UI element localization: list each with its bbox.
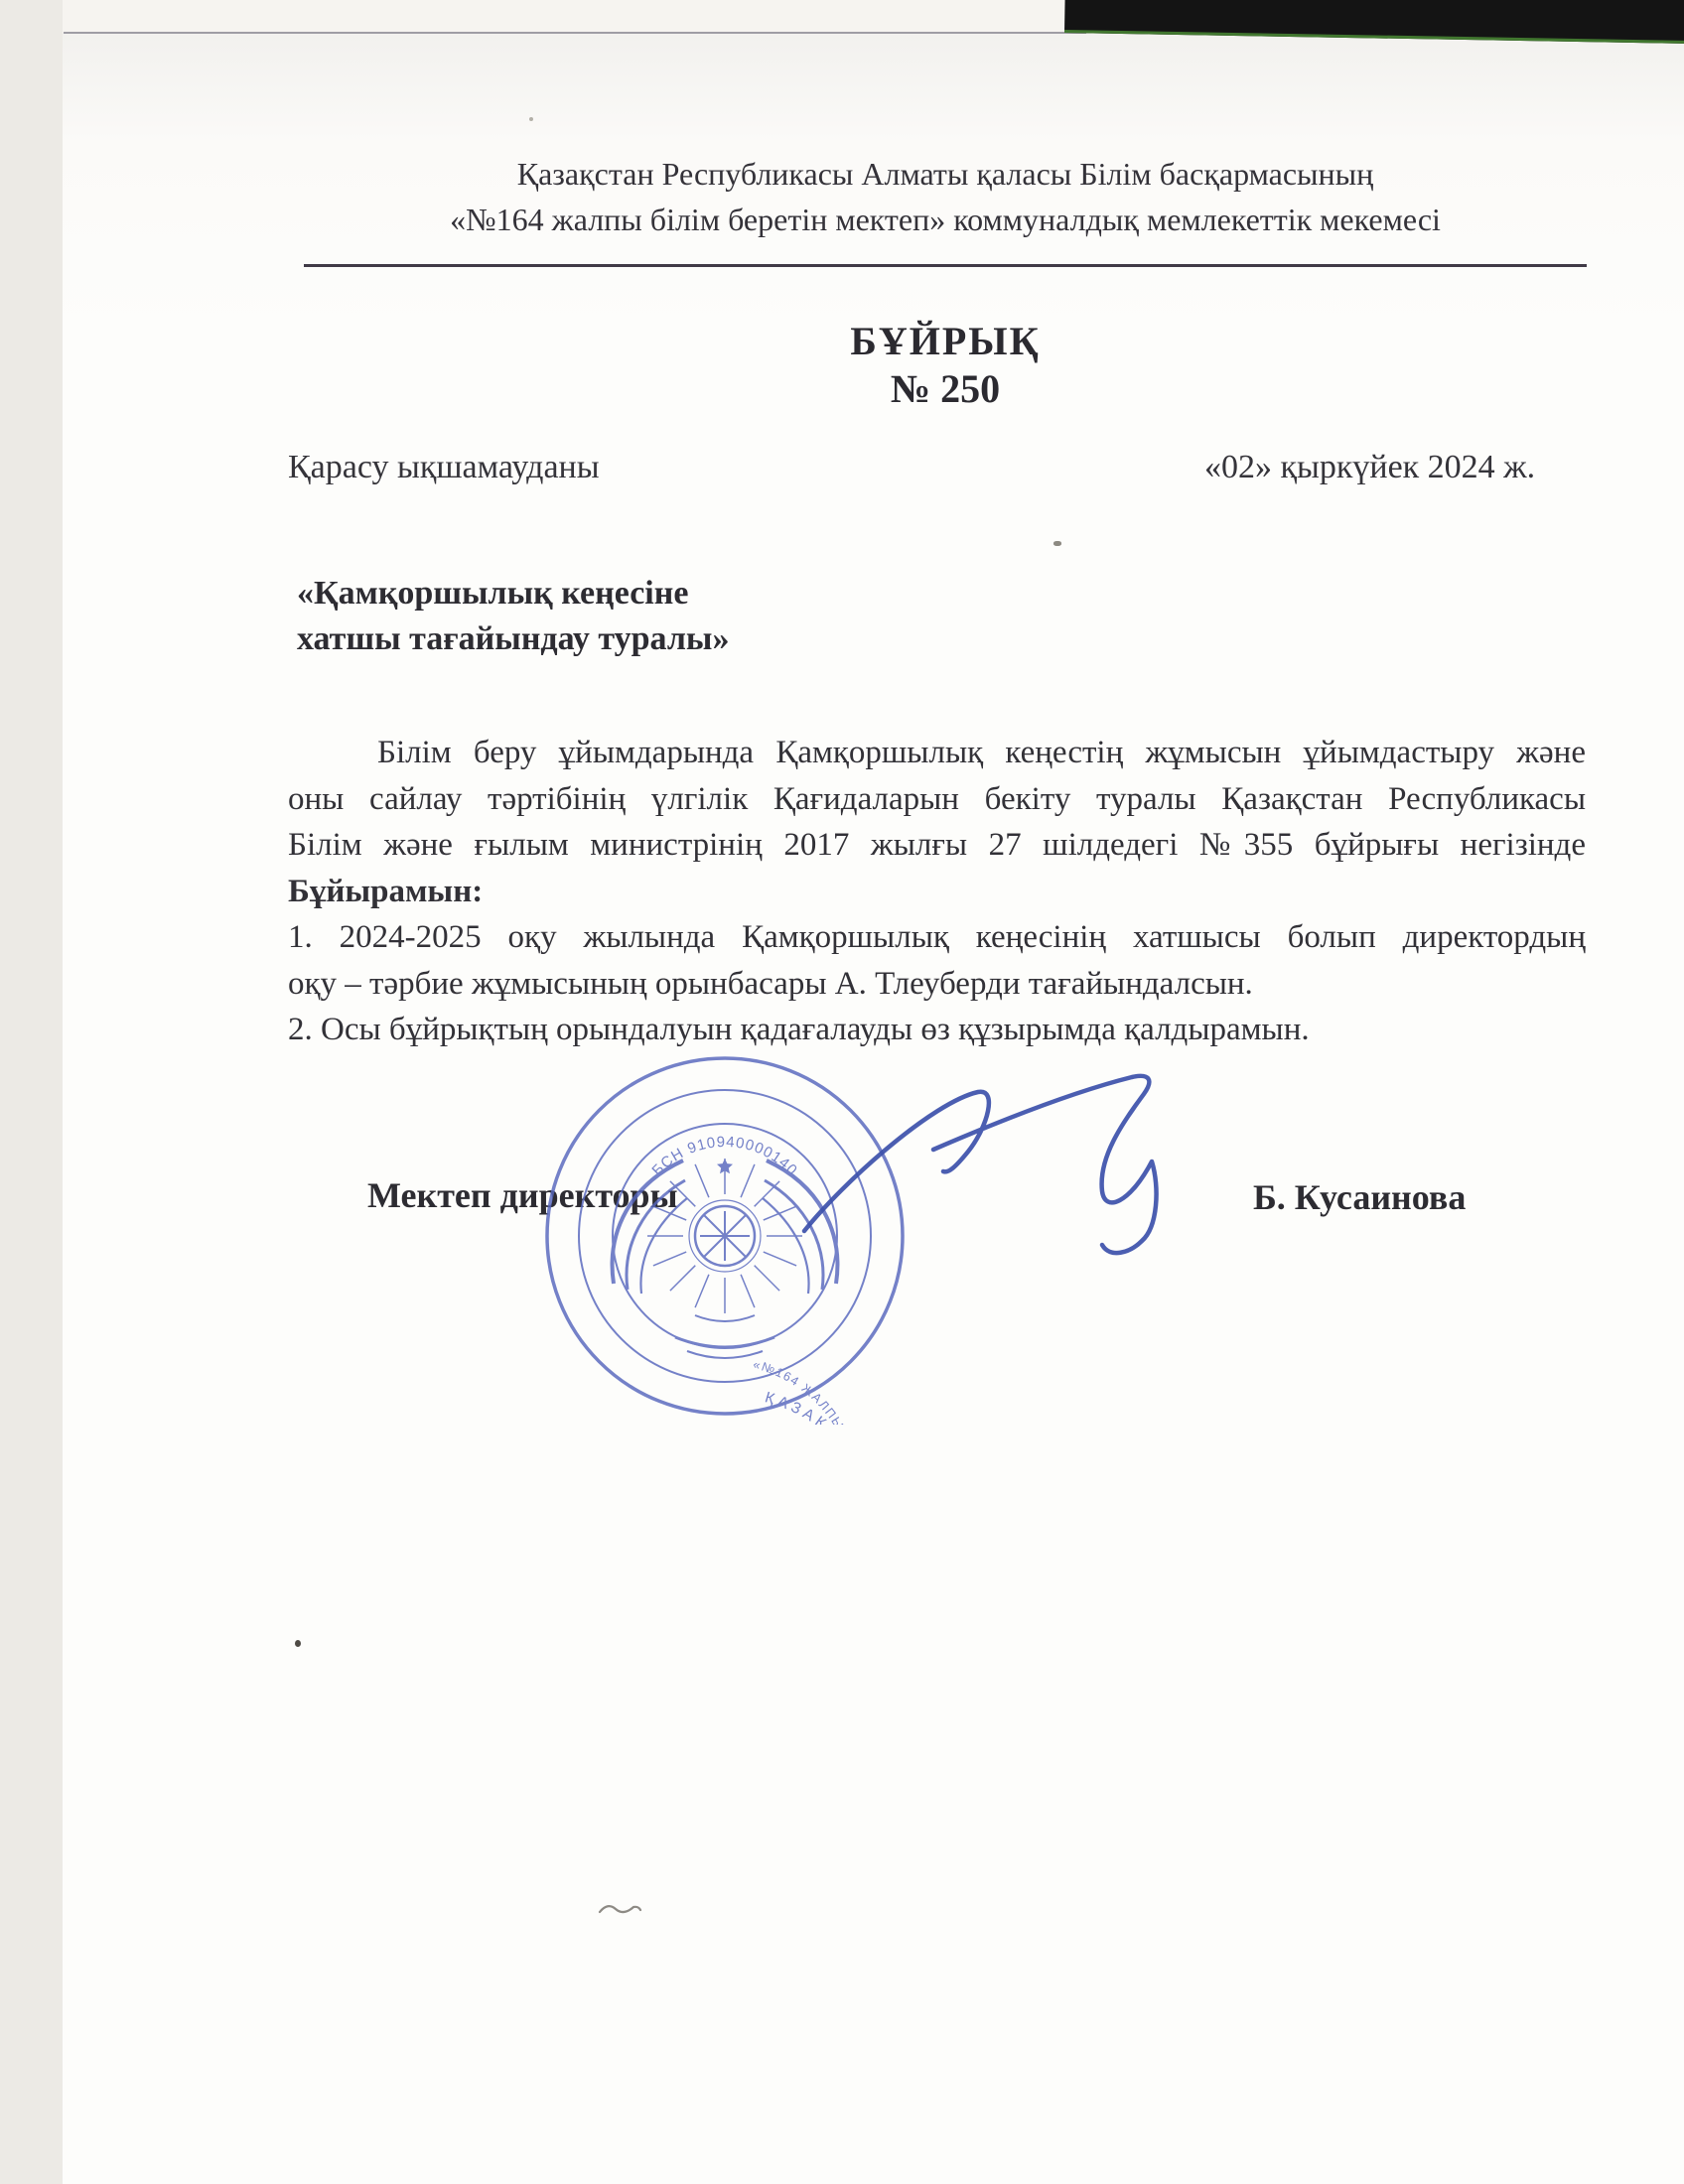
signature-name: Б. Кусаинова [1253,1176,1466,1218]
order-number: № 250 [304,365,1587,413]
header-divider-rule [304,264,1587,267]
org-name-line2: «№164 жалпы білім беретін мектеп» коммун… [304,197,1587,242]
body-line: Білім беру ұйымдарында Қамқоршылық кеңес… [288,730,1586,776]
stamp-outer-ring-textpath: ҚАЗАҚСТАН РЕСПУБЛИКАСЫ АЛМАТЫ ҚАЛАСЫ БІЛ… [551,1389,899,1425]
signature-stroke [804,1076,1157,1253]
order-place: Қарасу ықшамауданы [288,449,600,486]
subject-line2: хатшы тағайындау туралы» [297,616,729,662]
body-line-resolution: Бұйырамын: [288,869,1586,915]
subject-line1: «Қамқоршылық кеңесіне [297,571,729,616]
handwritten-signature-ink [784,1032,1251,1291]
scan-speck [1053,541,1061,546]
scan-speck [295,1640,301,1647]
body-line: оны сайлау тәртібінің үлгілік Қағидалары… [288,776,1586,823]
emblem-bottom-ornament2 [687,1351,763,1358]
smudge-stroke [600,1906,640,1912]
scan-smudge [596,1898,643,1920]
paper-top-edge [64,32,1086,34]
emblem-shanyrak-cross [700,1211,750,1261]
body-line: Білім және ғылым министрінің 2017 жылғы … [288,822,1586,869]
emblem-bottom-ornament [675,1337,774,1347]
scanner-margin-band [0,0,65,2184]
order-date: «02» қыркүйек 2024 ж. [1204,449,1535,486]
organization-header: Қазақстан Республикасы Алматы қаласы Біл… [304,151,1587,242]
order-title: БҰЙРЫҚ [304,318,1587,365]
scanned-order-page: { "doc": { "org_line1": "Қазақстан Респу… [0,0,1684,2184]
stamp-outer-ring-text: ҚАЗАҚСТАН РЕСПУБЛИКАСЫ АЛМАТЫ ҚАЛАСЫ БІЛ… [551,1389,899,1425]
order-body: Білім беру ұйымдарында Қамқоршылық кеңес… [288,730,1586,1053]
order-heading: БҰЙРЫҚ № 250 [304,318,1587,413]
scan-speck [529,117,533,121]
emblem-banner [695,1315,755,1321]
body-line-item1: 1. 2024-2025 оқу жылында Қамқоршылық кең… [288,914,1586,961]
body-line-item1-cont: оқу – тәрбие жұмысының орынбасары А. Тле… [288,961,1586,1008]
order-subject: «Қамқоршылық кеңесіне хатшы тағайындау т… [297,571,729,662]
emblem-left-wing [613,1160,683,1284]
org-name-line1: Қазақстан Республикасы Алматы қаласы Біл… [304,151,1587,197]
